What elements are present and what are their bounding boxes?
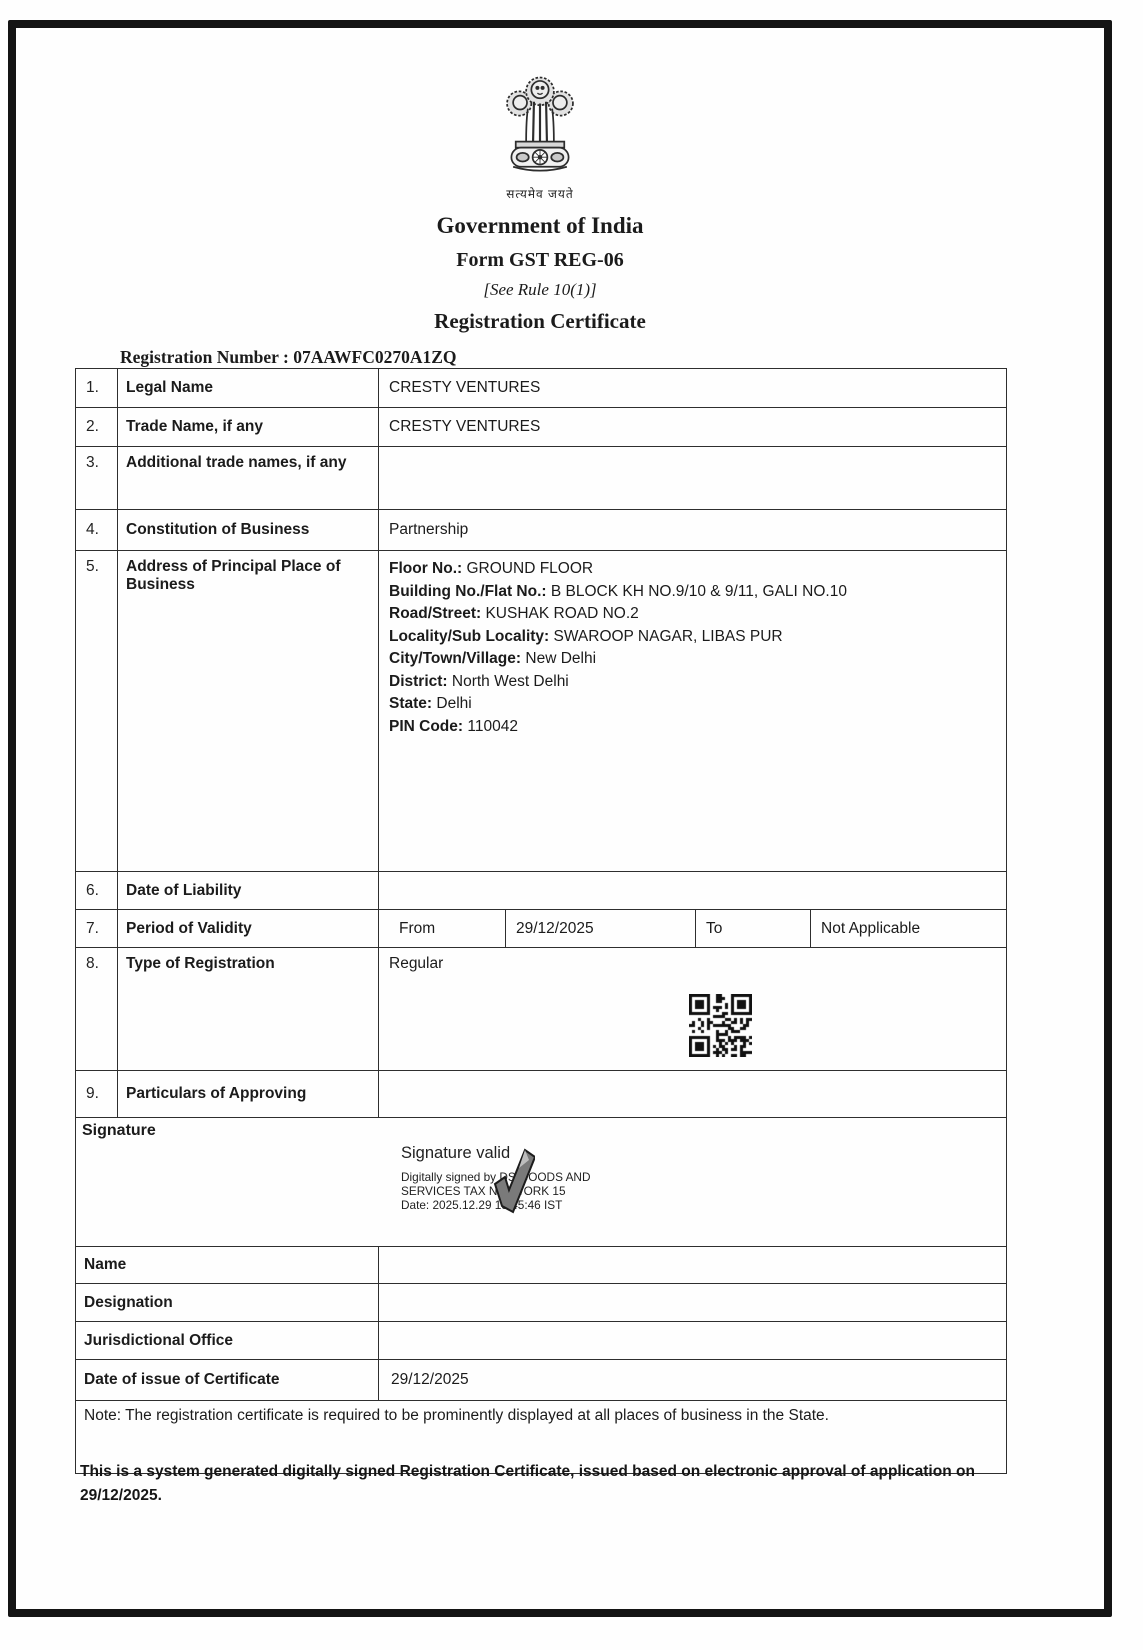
address-line-locality: Locality/Sub Locality: SWAROOP NAGAR, LI… [389, 626, 847, 649]
address-field-label: Floor No.: [389, 560, 462, 577]
table-row-name: Name [76, 1247, 1006, 1284]
table-row-constitution: 4. Constitution of Business Partnership [76, 510, 1006, 551]
validity-to-label: To [696, 910, 811, 947]
row-label: Address of Principal Place of Business [118, 551, 379, 871]
row-number: 3. [76, 447, 118, 509]
address-field-label: Building No./Flat No.: [389, 583, 547, 600]
row-label: Additional trade names, if any [118, 447, 379, 509]
signature-section: Signature Signature valid Digitally sign… [76, 1118, 1006, 1247]
row-value: Regular [389, 955, 443, 973]
row-value [379, 1322, 1006, 1359]
row-label: Date of issue of Certificate [76, 1360, 379, 1400]
address-field-value: Delhi [436, 695, 471, 712]
table-row-particulars-of-approving: 9. Particulars of Approving [76, 1071, 1006, 1118]
table-row-legal-name: 1. Legal Name CRESTY VENTURES [76, 369, 1006, 408]
address-field-value: KUSHAK ROAD NO.2 [485, 605, 638, 622]
row-number: 5. [76, 551, 118, 871]
address-field-value: North West Delhi [452, 673, 569, 690]
row-label: Date of Liability [118, 872, 379, 909]
address-line-state: State: Delhi [389, 693, 847, 716]
registration-type-cell: Regular [379, 948, 1006, 1070]
table-row-trade-name: 2. Trade Name, if any CRESTY VENTURES [76, 408, 1006, 447]
system-generated-footnote: This is a system generated digitally sig… [80, 1460, 1012, 1508]
row-value: Partnership [379, 510, 1006, 550]
table-row-designation: Designation [76, 1284, 1006, 1322]
row-label: Name [76, 1247, 379, 1283]
row-number: 6. [76, 872, 118, 909]
certificate-page: सत्यमेव जयते Government of India Form GS… [0, 0, 1143, 1650]
row-number: 7. [76, 910, 118, 947]
address-field-value: GROUND FLOOR [467, 560, 594, 577]
validity-from-label: From [389, 910, 506, 947]
row-value [379, 1284, 1006, 1321]
address-field-label: Road/Street: [389, 605, 481, 622]
row-number: 2. [76, 408, 118, 446]
address-field-label: City/Town/Village: [389, 650, 521, 667]
table-row-date-of-issue: Date of issue of Certificate 29/12/2025 [76, 1360, 1006, 1401]
row-value: 29/12/2025 [379, 1360, 1006, 1400]
row-label: Jurisdictional Office [76, 1322, 379, 1359]
validity-cells: From 29/12/2025 To Not Applicable [379, 910, 1006, 947]
row-value [379, 1071, 1006, 1117]
row-label: Constitution of Business [118, 510, 379, 550]
row-value [379, 447, 1006, 509]
row-number: 9. [76, 1071, 118, 1117]
row-number: 1. [76, 369, 118, 407]
row-label: Trade Name, if any [118, 408, 379, 446]
digital-signature-block: Signature valid Digitally signed by DS G… [401, 1144, 590, 1212]
certificate-title: Registration Certificate [75, 309, 1005, 334]
row-value: CRESTY VENTURES [379, 369, 1006, 407]
address-field-label: District: [389, 673, 448, 690]
row-label: Particulars of Approving [118, 1071, 379, 1117]
row-value [379, 1247, 1006, 1283]
address-field-value: SWAROOP NAGAR, LIBAS PUR [554, 628, 783, 645]
government-title: Government of India [75, 213, 1005, 239]
row-value: CRESTY VENTURES [379, 408, 1006, 446]
row-value [379, 872, 1006, 909]
address-line-floor: Floor No.: GROUND FLOOR [389, 558, 847, 581]
row-label: Designation [76, 1284, 379, 1321]
table-row-period-of-validity: 7. Period of Validity From 29/12/2025 To… [76, 910, 1006, 948]
address-line-road: Road/Street: KUSHAK ROAD NO.2 [389, 603, 847, 626]
address-field-label: PIN Code: [389, 718, 463, 735]
signature-label: Signature [82, 1122, 156, 1140]
validity-from-value: 29/12/2025 [506, 910, 696, 947]
certificate-header: सत्यमेव जयते Government of India Form GS… [75, 70, 1005, 368]
address-field-label: State: [389, 695, 432, 712]
row-number: 4. [76, 510, 118, 550]
row-label: Type of Registration [118, 948, 379, 1070]
qr-code-icon [689, 994, 752, 1057]
row-label: Legal Name [118, 369, 379, 407]
address-block: Floor No.: GROUND FLOOR Building No./Fla… [379, 551, 1006, 871]
address-line-district: District: North West Delhi [389, 671, 847, 694]
address-line-city: City/Town/Village: New Delhi [389, 648, 847, 671]
row-number: 8. [76, 948, 118, 1070]
table-row-additional-trade-names: 3. Additional trade names, if any [76, 447, 1006, 510]
certificate-table: 1. Legal Name CRESTY VENTURES 2. Trade N… [75, 368, 1007, 1474]
table-row-date-of-liability: 6. Date of Liability [76, 872, 1006, 910]
form-name: Form GST REG-06 [75, 249, 1005, 272]
address-field-value: B BLOCK KH NO.9/10 & 9/11, GALI NO.10 [551, 583, 847, 600]
registration-number: Registration Number : 07AAWFC0270A1ZQ [75, 347, 1005, 368]
table-row-jurisdictional-office: Jurisdictional Office [76, 1322, 1006, 1360]
address-field-value: 110042 [467, 718, 518, 735]
india-national-emblem-icon: सत्यमेव जयते [488, 70, 592, 202]
table-row-type-of-registration: 8. Type of Registration Regular [76, 948, 1006, 1071]
signature-valid-checkmark-icon [489, 1148, 535, 1219]
address-field-value: New Delhi [525, 650, 596, 667]
emblem-motto: सत्यमेव जयते [488, 185, 592, 202]
address-field-label: Locality/Sub Locality: [389, 628, 549, 645]
table-row-address: 5. Address of Principal Place of Busines… [76, 551, 1006, 872]
address-line-pin: PIN Code: 110042 [389, 716, 847, 739]
row-label: Period of Validity [118, 910, 379, 947]
address-line-building: Building No./Flat No.: B BLOCK KH NO.9/1… [389, 581, 847, 604]
rule-reference: [See Rule 10(1)] [75, 280, 1005, 300]
validity-to-value: Not Applicable [811, 910, 1006, 947]
